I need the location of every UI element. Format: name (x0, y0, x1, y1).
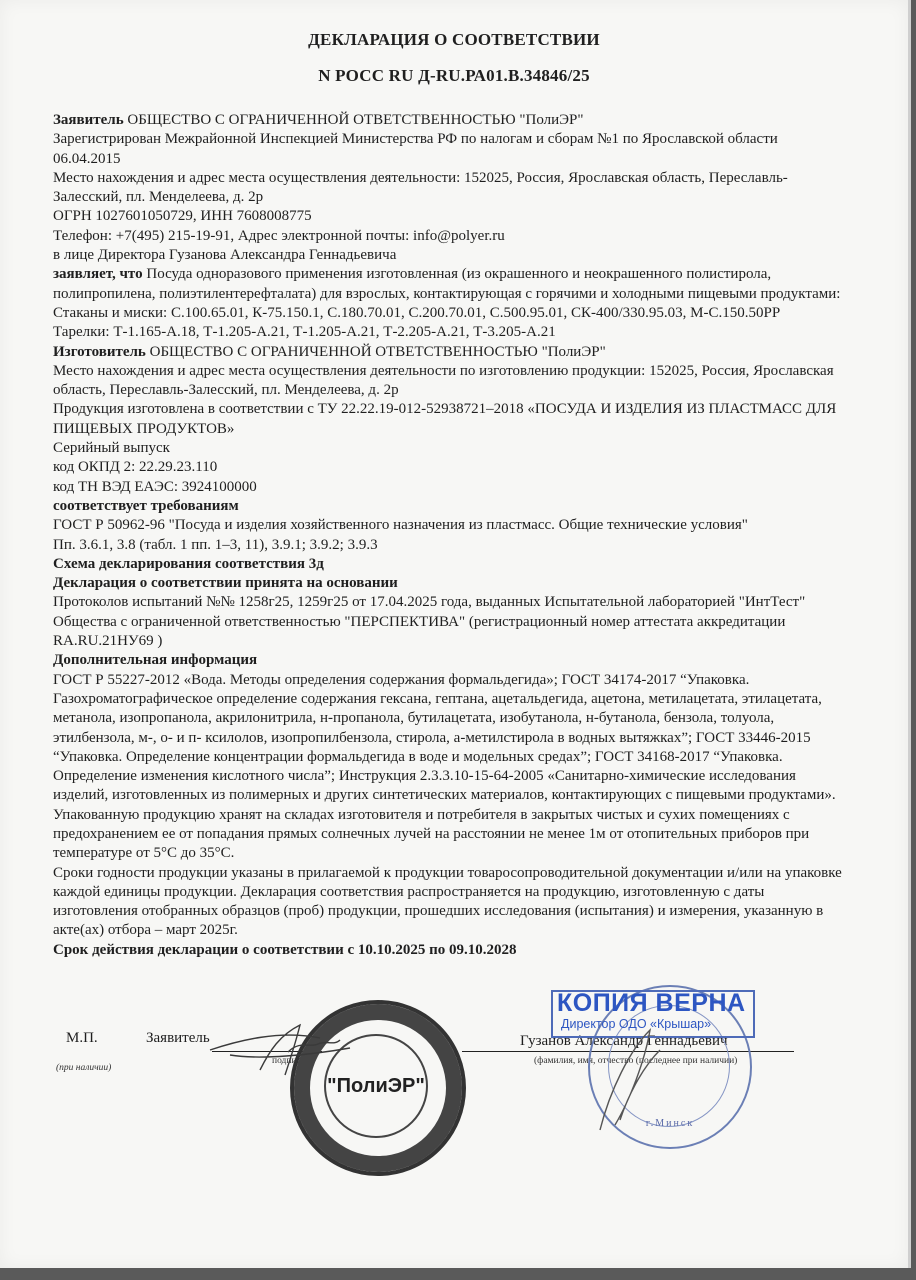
document-title: ДЕКЛАРАЦИЯ О СООТВЕТСТВИИ (0, 30, 908, 50)
manufacturer-label: Изготовитель (53, 344, 146, 360)
applicant-address: Место нахождения и адрес места осуществл… (53, 169, 843, 208)
declaration-page: ДЕКЛАРАЦИЯ О СООТВЕТСТВИИ N РОСС RU Д-RU… (0, 0, 911, 1268)
applicant-representative: в лице Директора Гузанова Александра Ген… (53, 246, 843, 265)
mp-note: (при наличии) (56, 1063, 111, 1073)
declaration-body: Заявитель ОБЩЕСТВО С ОГРАНИЧЕННОЙ ОТВЕТС… (53, 111, 843, 960)
requirements-label: соответствует требованиям (53, 497, 843, 516)
mp-label: М.П. (66, 1030, 98, 1047)
manufacturer-name: ОБЩЕСТВО С ОГРАНИЧЕННОЙ ОТВЕТСТВЕННОСТЬЮ… (150, 344, 606, 360)
product-description: Посуда одноразового применения изготовле… (53, 266, 840, 301)
applicant-line: Заявитель ОБЩЕСТВО С ОГРАНИЧЕННОЙ ОТВЕТС… (53, 111, 843, 130)
declares-line: заявляет, что Посуда одноразового примен… (53, 265, 843, 304)
applicant-ids: ОГРН 1027601050729, ИНН 7608008775 (53, 207, 843, 226)
manufacturer-tu: Продукция изготовлена в соответствии с Т… (53, 400, 843, 439)
additional-label: Дополнительная информация (53, 651, 843, 670)
document-number: N РОСС RU Д-RU.РА01.В.34846/25 (0, 66, 908, 86)
basis-label: Декларация о соответствии принята на осн… (53, 574, 843, 593)
manufacturer-address: Место нахождения и адрес места осуществл… (53, 362, 843, 401)
copy-stamp-title: КОПИЯ ВЕРНА (557, 989, 746, 1018)
requirements-gost: ГОСТ Р 50962-96 "Посуда и изделия хозяйс… (53, 516, 843, 535)
additional-storage: Упакованную продукцию хранят на складах … (53, 806, 843, 864)
blue-signature-icon (590, 1020, 670, 1140)
validity-line: Срок действия декларации о соответствии … (53, 941, 843, 960)
basis-text: Протоколов испытаний №№ 1258г25, 1259г25… (53, 593, 843, 651)
tnved-code: код ТН ВЭД ЕАЭС: 3924100000 (53, 478, 843, 497)
plates-list: Тарелки: Т-1.165-А.18, Т-1.205-А.21, Т-1… (53, 323, 843, 342)
cups-bowls-list: Стаканы и миски: С.100.65.01, К-75.150.1… (53, 304, 843, 323)
declaration-scheme: Схема декларирования соответствия 3д (53, 555, 843, 574)
additional-shelf-life: Сроки годности продукции указаны в прила… (53, 864, 843, 941)
requirements-clauses: Пп. 3.6.1, 3.8 (табл. 1 пп. 1–3, 11), 3.… (53, 536, 843, 555)
handwritten-signature-icon (200, 1010, 360, 1090)
okpd-code: код ОКПД 2: 22.29.23.110 (53, 458, 843, 477)
serial-production: Серийный выпуск (53, 439, 843, 458)
applicant-label: Заявитель (53, 112, 124, 128)
applicant-contacts: Телефон: +7(495) 215-19-91, Адрес электр… (53, 227, 843, 246)
declares-label: заявляет, что (53, 266, 143, 282)
validity-period: 10.10.2025 по 09.10.2028 (358, 942, 517, 958)
manufacturer-line: Изготовитель ОБЩЕСТВО С ОГРАНИЧЕННОЙ ОТВ… (53, 343, 843, 362)
applicant-name: ОБЩЕСТВО С ОГРАНИЧЕННОЙ ОТВЕТСТВЕННОСТЬЮ… (127, 112, 583, 128)
validity-label: Срок действия декларации о соответствии … (53, 942, 354, 958)
applicant-registration: Зарегистрирован Межрайонной Инспекцией М… (53, 130, 843, 169)
additional-methods: ГОСТ Р 55227-2012 «Вода. Методы определе… (53, 671, 843, 806)
